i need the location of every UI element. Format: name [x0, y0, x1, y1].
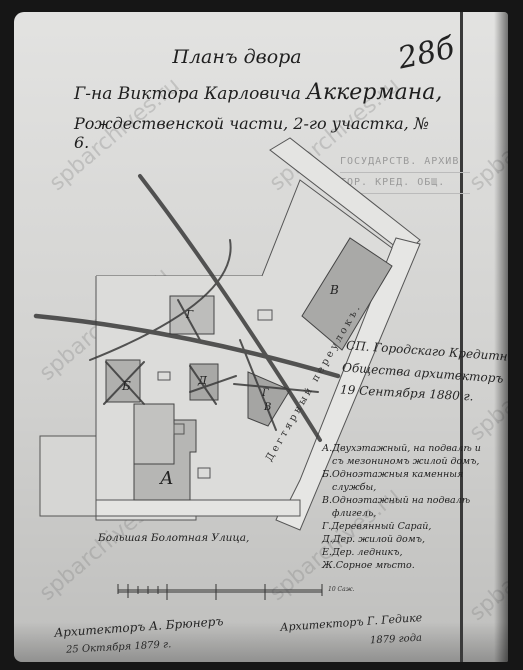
legend-item: В.Одноэтажный на подвалѣ — [322, 494, 472, 507]
scale-bar — [118, 584, 322, 600]
plan-letter-g: Г — [185, 308, 194, 321]
street-label: Большая Болотная Улица, — [98, 532, 249, 544]
plan-letter-e: Г — [261, 388, 269, 399]
legend-item: службы, — [322, 481, 472, 494]
plan-letter-zh: В — [263, 402, 271, 413]
legend-item: А.Двухэтажный, на подвалѣ и — [322, 442, 472, 455]
legend-item: Б.Одноэтажныя каменныя — [322, 468, 472, 481]
legend-item: Г.Деревянный Сарай, — [322, 520, 472, 533]
archival-document-page: spbarchives.ru spbarchives.ru spbarchive… — [14, 12, 508, 662]
legend-item: съ мезониномъ жилой домъ, — [322, 455, 472, 468]
legend-item: Д.Дер. жилой домъ, — [322, 533, 472, 546]
page-shadow — [14, 622, 508, 662]
legend-item: Ж.Сорное мѣсто. — [322, 559, 472, 572]
plan-legend: А.Двухэтажный, на подвалѣ и съ мезонином… — [322, 442, 472, 572]
scale-unit-label: 10 Саж. — [328, 586, 354, 593]
plan-letter-d: Д — [197, 374, 208, 387]
plan-letter-v: В — [329, 283, 339, 297]
plan-letter-b: Б — [121, 379, 131, 393]
legend-item: Е.Дер. ледникъ, — [322, 546, 472, 559]
plan-letter-a: А — [158, 468, 174, 489]
page-edge-shadow — [494, 12, 508, 662]
legend-item: флигель, — [322, 507, 472, 520]
